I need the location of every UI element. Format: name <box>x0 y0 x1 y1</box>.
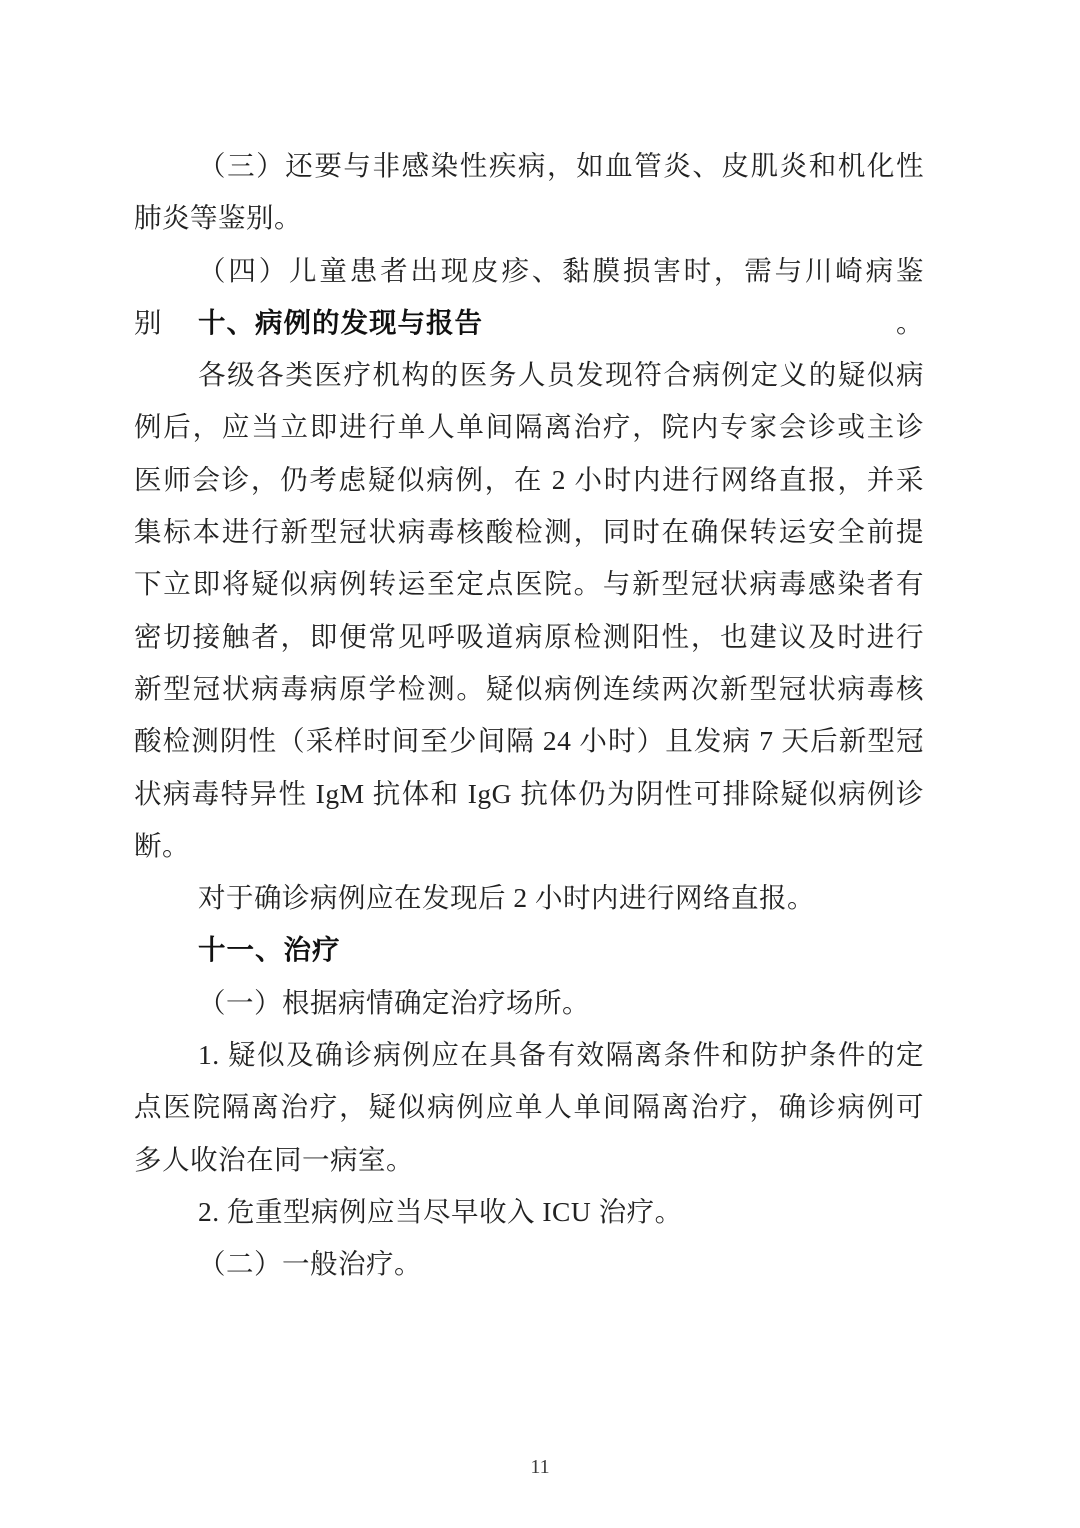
text-line: 医师会诊，仍考虑疑似病例，在 2 小时内进行网络直报，并采 <box>134 454 924 506</box>
text-line: 状病毒特异性 IgM 抗体和 IgG 抗体仍为阴性可排除疑似病例诊 <box>134 768 924 820</box>
page-content: （三）还要与非感染性疾病，如血管炎、皮肌炎和机化性肺炎等鉴别。（四）儿童患者出现… <box>134 140 924 1291</box>
text-line: 酸检测阴性（采样时间至少间隔 24 小时）且发病 7 天后新型冠 <box>134 715 924 767</box>
text-line: 集标本进行新型冠状病毒核酸检测，同时在确保转运安全前提 <box>134 506 924 558</box>
page-number: 11 <box>0 1456 1080 1479</box>
text-line: 2. 危重型病例应当尽早收入 ICU 治疗。 <box>134 1186 924 1238</box>
text-line: 下立即将疑似病例转运至定点医院。与新型冠状病毒感染者有 <box>134 558 924 610</box>
text-line: 肺炎等鉴别。 <box>134 192 924 244</box>
text-line: （二）一般治疗。 <box>134 1238 924 1290</box>
text-line: 新型冠状病毒病原学检测。疑似病例连续两次新型冠状病毒核 <box>134 663 924 715</box>
text-line: 点医院隔离治疗，疑似病例应单人单间隔离治疗，确诊病例可 <box>134 1081 924 1133</box>
text-line: 1. 疑似及确诊病例应在具备有效隔离条件和防护条件的定 <box>134 1029 924 1081</box>
text-line: （四）儿童患者出现皮疹、黏膜损害时，需与川崎病鉴别。 <box>134 245 924 297</box>
text-line: （三）还要与非感染性疾病，如血管炎、皮肌炎和机化性 <box>134 140 924 192</box>
section-heading: 十一、治疗 <box>134 924 924 976</box>
text-line: （一）根据病情确定治疗场所。 <box>134 977 924 1029</box>
text-line: 对于确诊病例应在发现后 2 小时内进行网络直报。 <box>134 872 924 924</box>
text-line: 各级各类医疗机构的医务人员发现符合病例定义的疑似病 <box>134 349 924 401</box>
text-line: 密切接触者，即便常见呼吸道病原检测阳性，也建议及时进行 <box>134 611 924 663</box>
text-line: 例后，应当立即进行单人单间隔离治疗，院内专家会诊或主诊 <box>134 401 924 453</box>
text-line: 多人收治在同一病室。 <box>134 1134 924 1186</box>
text-line: 断。 <box>134 820 924 872</box>
document-page: （三）还要与非感染性疾病，如血管炎、皮肌炎和机化性肺炎等鉴别。（四）儿童患者出现… <box>0 0 1080 1528</box>
